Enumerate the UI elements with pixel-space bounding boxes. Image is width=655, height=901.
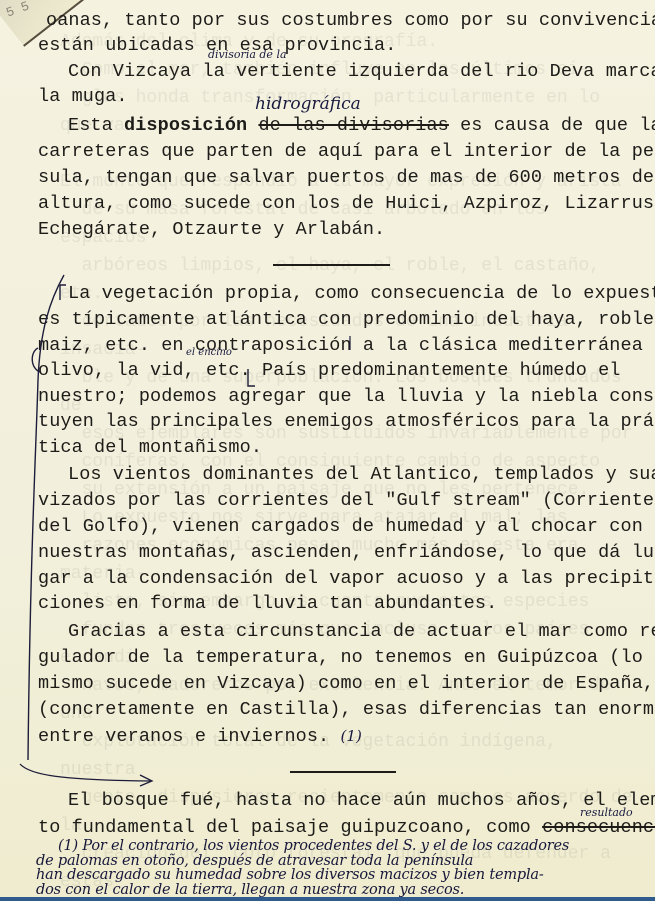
text-line: olivo, la vid, etc. País predominantemen… [38, 360, 621, 382]
section-divider [290, 771, 396, 773]
handwritten-footnote-line: han descargado su humedad sobre los dive… [36, 867, 544, 883]
text-line: del Golfo), vienen cargados de humedad y… [38, 516, 643, 538]
text-line: carreteras que parten de aquí para el in… [38, 141, 655, 163]
text-line: la muga. [38, 86, 128, 108]
section-divider [273, 264, 390, 266]
text-line: to fundamental del paisaje guipuzcoano, … [38, 817, 655, 839]
handwritten-footnote-line: (1) Por el contrario, los vientos proced… [58, 838, 569, 854]
handwritten-annotation: hidrográfica [255, 94, 361, 114]
text-line: Con Vizcaya la vertiente izquierda del r… [68, 61, 655, 83]
text-line: Gracias a esta circunstancia de actuar e… [68, 621, 655, 643]
text-line: oanas, tanto por sus costumbres como por… [46, 10, 655, 32]
text-line: El bosque fué, hasta no hace aún muchos … [68, 790, 655, 812]
text-line: sula, tengan que salvar puertos de mas d… [38, 167, 654, 189]
text-line: nuestras montañas, ascienden, enfriándos… [38, 542, 655, 564]
text-line: mismo sucede en Vizcaya) como en el inte… [38, 673, 654, 695]
text-line: Esta disposición de las divisorias es ca… [68, 115, 655, 137]
text-line: vizados por las corrientes del "Gulf str… [38, 490, 654, 512]
text-line: gulador de la temperatura, no tenemos en… [38, 647, 643, 669]
text-line: La vegetación propia, como consecuencia … [68, 283, 655, 305]
text-line: nuestro; podemos agregar que la lluvia y… [38, 386, 655, 408]
footnote-reference: (1) [340, 727, 362, 745]
text-line: ciones en forma de lluvia tan abundantes… [38, 593, 497, 615]
text-line: es típicamente atlántica con predominio … [38, 309, 655, 331]
handwritten-annotation: el encino [186, 347, 232, 358]
text-line: Echegárate, Otzaurte y Arlabán. [38, 219, 385, 241]
text-line: Los vientos dominantes del Atlantico, te… [68, 464, 655, 486]
handwritten-footnote-line: dos con el calor de la tierra, llegan a … [36, 882, 464, 898]
text-line: tuyen las principales enemigos atmosféri… [38, 411, 655, 433]
text-line: (concretamente en Castilla), esas difere… [38, 699, 655, 721]
text-line: tica del montañismo. [38, 437, 262, 459]
text-line: entre veranos e inviernos. (1) [38, 725, 362, 748]
document-page: Además del clima y de su orografía. Como… [0, 0, 655, 897]
scan-bottom-edge [0, 897, 655, 901]
text-line: altura, como sucede con los de Huici, Az… [38, 193, 655, 215]
text-line: maiz, etc. en contraposición a la clásic… [38, 335, 655, 357]
handwritten-annotation: divisoria de la [208, 48, 287, 61]
text-line: gar a la condensación del vapor acuoso y… [38, 568, 655, 590]
